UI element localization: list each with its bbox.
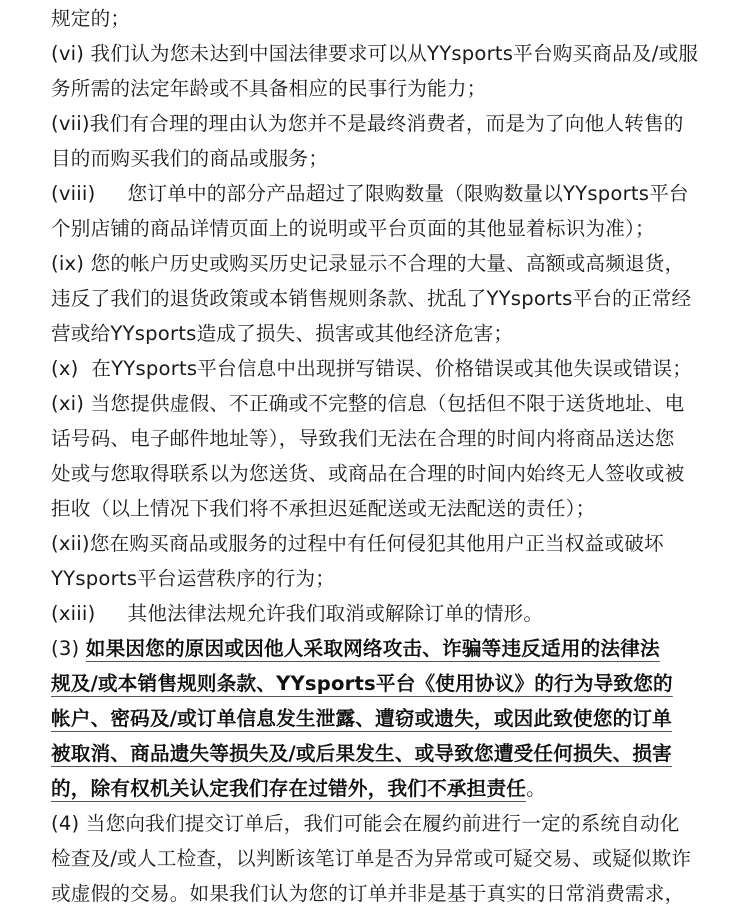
text-line: 处或与您取得联系以为您送货、或商品在合理的时间内始终无人签收或被 (51, 462, 684, 486)
bold-disclaimer-text: 被取消、商品遗失等损失及/或后果发生、或导致您遭受任何损失、损害 (51, 742, 672, 765)
text-line: 话号码、电子邮件地址等），导致我们无法在合理的时间内将商品送达您 (51, 427, 675, 451)
bold-disclaimer-text: 如果因您的原因或因他人采取网络攻击、诈骗等违反适用的法律法 (86, 637, 660, 660)
clause-3-line: (3) 如果因您的原因或因他人采取网络攻击、诈骗等违反适用的法律法 (51, 637, 660, 661)
text-line: (4) 当您向我们提交订单后，我们可能会在履约前进行一定的系统自动化 (51, 812, 680, 836)
text-line: (ix) 您的帐户历史或购买历史记录显示不合理的大量、高额或高频退货， (51, 252, 684, 276)
text-line: (xi) 当您提供虚假、不正确或不完整的信息（包括但不限于送货地址、电 (51, 392, 684, 416)
text-line: 违反了我们的退货政策或本销售规则条款、扰乱了YYsports平台的正常经 (51, 287, 691, 311)
text-line: 规定的； (51, 7, 130, 31)
text-line: 目的而购买我们的商品或服务； (51, 147, 328, 171)
text-line: (x) 在YYsports平台信息中出现拼写错误、价格错误或其他失误或错误； (51, 357, 692, 381)
end-punctuation: 。 (526, 777, 546, 800)
text-line: 个别店铺的商品详情页面上的说明或平台页面的其他显着标识为准）； (51, 217, 655, 241)
text-line: (xiii) 其他法律法规允许我们取消或解除订单的情形。 (51, 602, 543, 626)
clause-3-line: 被取消、商品遗失等损失及/或后果发生、或导致您遭受任何损失、损害 (51, 742, 672, 766)
text-line: (vi) 我们认为您未达到中国法律要求可以从YYsports平台购买商品及/或服 (51, 42, 698, 66)
text-line: (viii) 您订单中的部分产品超过了限购数量（限购数量以YYsports平台 (51, 182, 689, 206)
bold-disclaimer-text: 规及/或本销售规则条款、YYsports平台《使用协议》的行为导致您的 (51, 672, 673, 695)
text-line: 务所需的法定年龄或不具备相应的民事行为能力； (51, 77, 486, 101)
clause-3-line: 帐户、密码及/或订单信息发生泄露、遭窃或遗失，或因此致使您的订单 (51, 707, 672, 731)
clause-number: (3) (51, 637, 86, 660)
bold-disclaimer-text: 的，除有权机关认定我们存在过错外，我们不承担责任 (51, 777, 526, 800)
text-line: (vii)我们有合理的理由认为您并不是最终消费者，而是为了向他人转售的 (51, 112, 684, 136)
clause-3-line: 规及/或本销售规则条款、YYsports平台《使用协议》的行为导致您的 (51, 672, 673, 696)
text-line: 拒收（以上情况下我们将不承担迟延配送或无法配送的责任）； (51, 497, 595, 521)
text-line: 营或给YYsports造成了损失、损害或其他经济危害； (51, 322, 513, 346)
bold-disclaimer-text: 帐户、密码及/或订单信息发生泄露、遭窃或遗失，或因此致使您的订单 (51, 707, 672, 730)
text-line: YYsports平台运营秩序的行为； (51, 567, 335, 591)
clause-3-line: 的，除有权机关认定我们存在过错外，我们不承担责任。 (51, 777, 546, 801)
text-line: 或虚假的交易。如果我们认为您的订单并非是基于真实的日常消费需求， (51, 882, 684, 906)
text-line: 检查及/或人工检查，以判断该笔订单是否为异常或可疑交易、或疑似欺诈 (51, 847, 691, 871)
text-line: (xii)您在购买商品或服务的过程中有任何侵犯其他用户正当权益或破坏 (51, 532, 664, 556)
